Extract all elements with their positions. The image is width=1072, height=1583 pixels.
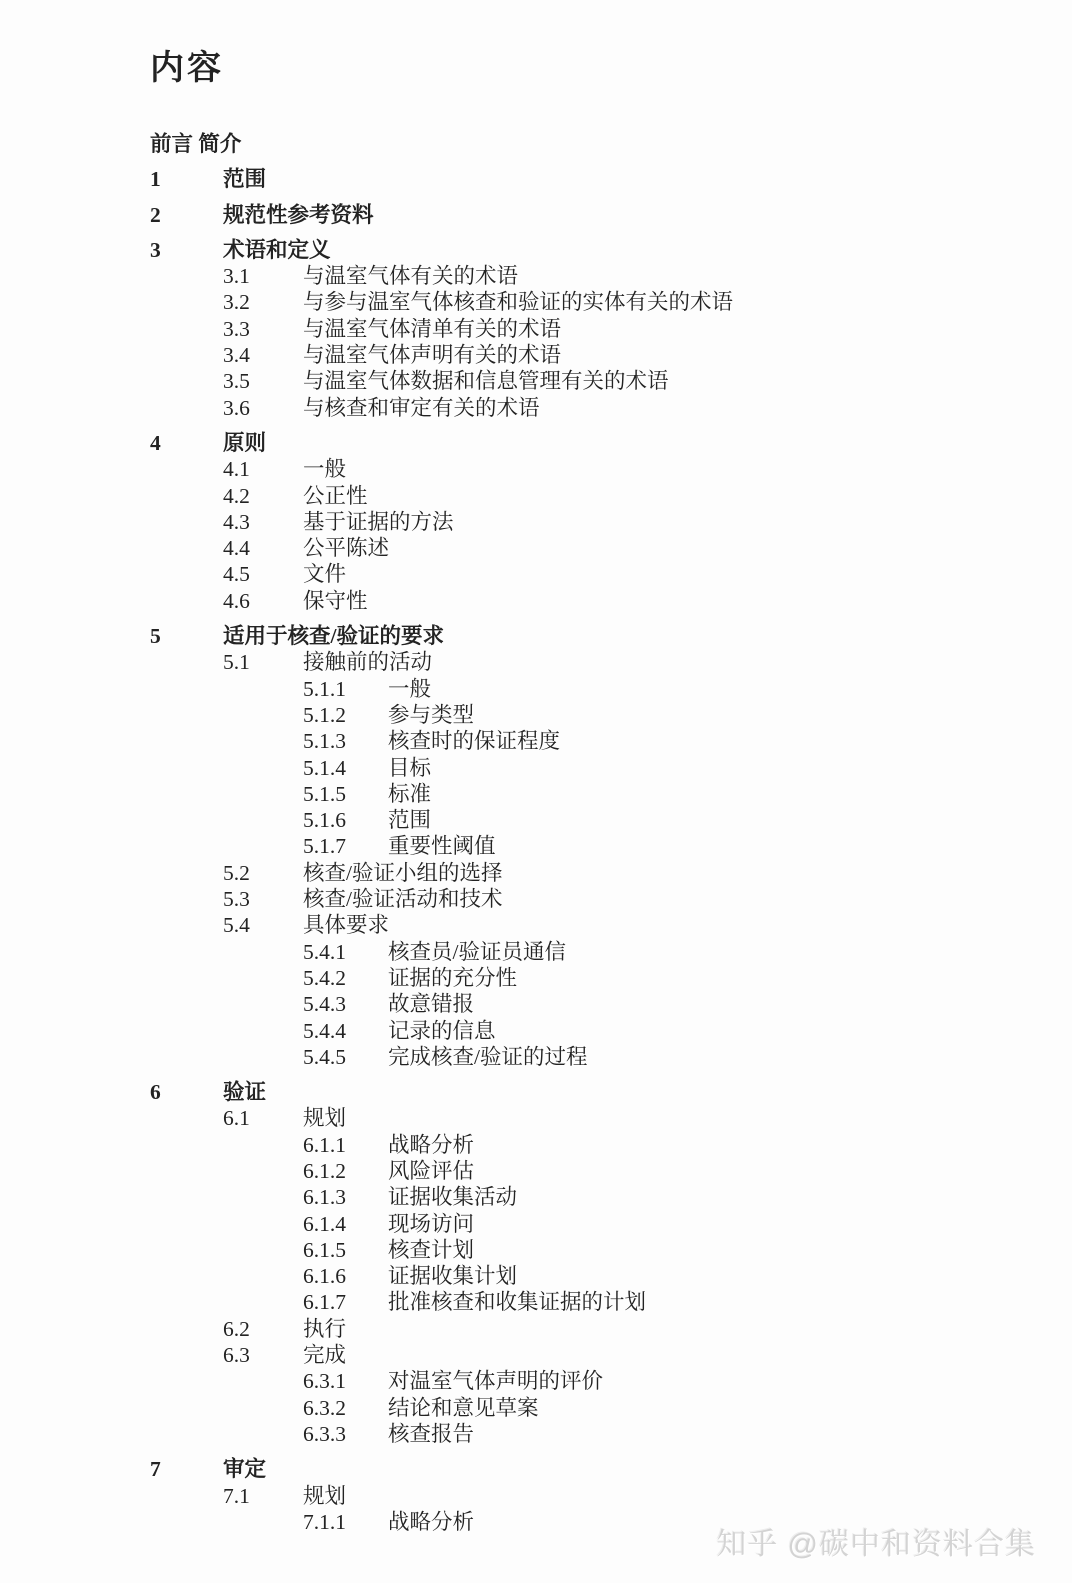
- toc-entry-title: 现场访问: [388, 1211, 474, 1237]
- toc-entry-title: 与核查和审定有关的术语: [303, 395, 540, 421]
- toc-row: 3.6 与核查和审定有关的术语: [150, 395, 1036, 421]
- toc-entry-title: 完成核查/验证的过程: [388, 1044, 587, 1070]
- toc-row: 4.1 一般: [150, 456, 1036, 482]
- toc-entry-number: 6.3.1: [303, 1368, 388, 1394]
- toc-entry-title: 证据的充分性: [388, 965, 517, 991]
- toc-row: 6.1.7 批准核查和收集证据的计划: [150, 1289, 1036, 1315]
- toc-entry-number: 4.4: [223, 535, 303, 561]
- toc-entry-title: 规范性参考资料: [223, 202, 374, 228]
- toc-entry-number: 1: [150, 166, 223, 192]
- toc-row: 5.1.3 核查时的保证程度: [150, 728, 1036, 754]
- toc-row: 5.1.7 重要性阈值: [150, 833, 1036, 859]
- toc-row: 6.1.5 核查计划: [150, 1237, 1036, 1263]
- toc-row: 5.1.4 目标: [150, 755, 1036, 781]
- toc-entry-number: 7: [150, 1456, 223, 1482]
- toc-entry-number: 6.1.2: [303, 1158, 388, 1184]
- toc-entry-number: 5.4.2: [303, 965, 388, 991]
- toc-entry-title: 核查员/验证员通信: [388, 939, 566, 965]
- page-title: 内容: [150, 40, 1036, 89]
- toc-entry-number: 5.1.1: [303, 676, 388, 702]
- toc-entry-title: 与温室气体声明有关的术语: [303, 342, 561, 368]
- toc-row: 6.3.3 核查报告: [150, 1421, 1036, 1447]
- toc-entry-title: 具体要求: [303, 912, 389, 938]
- toc-entry-number: 6.1.6: [303, 1263, 388, 1289]
- toc-entry-number: 6.1.3: [303, 1184, 388, 1210]
- toc-entry-number: 5.1.7: [303, 833, 388, 859]
- toc-row: 5 适用于核查/验证的要求: [150, 623, 1036, 649]
- toc-row: 3.3 与温室气体清单有关的术语: [150, 316, 1036, 342]
- toc-entry-number: 5.4.4: [303, 1018, 388, 1044]
- toc-entry-title: 核查报告: [388, 1421, 474, 1447]
- toc-entry-title: 对温室气体声明的评价: [388, 1368, 603, 1394]
- toc-entry-number: 3.5: [223, 368, 303, 394]
- toc-row: 3 术语和定义: [150, 237, 1036, 263]
- toc-row: 5.2 核查/验证小组的选择: [150, 860, 1036, 886]
- toc-entry-number: 6.1: [223, 1105, 303, 1131]
- toc-entry-title: 完成: [303, 1342, 346, 1368]
- toc-entry-number: 6.1.7: [303, 1289, 388, 1315]
- toc-entry-title: 战略分析: [388, 1132, 474, 1158]
- toc-row: 6.3.2 结论和意见草案: [150, 1395, 1036, 1421]
- toc-entry-number: 6.2: [223, 1316, 303, 1342]
- toc-entry-title: 与温室气体清单有关的术语: [303, 316, 561, 342]
- toc-row: 1 范围: [150, 166, 1036, 192]
- toc-entry-title: 与温室气体有关的术语: [303, 263, 518, 289]
- toc-entry-number: 6.3.2: [303, 1395, 388, 1421]
- toc-entry-title: 证据收集计划: [388, 1263, 517, 1289]
- toc-entry-title: 规划: [303, 1105, 346, 1131]
- toc-entry-number: 5.2: [223, 860, 303, 886]
- toc-row: 3.5 与温室气体数据和信息管理有关的术语: [150, 368, 1036, 394]
- toc-entry-title: 批准核查和收集证据的计划: [388, 1289, 646, 1315]
- toc-entry-number: 3.4: [223, 342, 303, 368]
- toc-entry-number: 3.2: [223, 289, 303, 315]
- toc-entry-number: 6.1.1: [303, 1132, 388, 1158]
- toc-entry-number: 5.1.2: [303, 702, 388, 728]
- toc-row: 5.1.1 一般: [150, 676, 1036, 702]
- toc-entry-title: 核查/验证小组的选择: [303, 860, 502, 886]
- toc-row: 5.4.2 证据的充分性: [150, 965, 1036, 991]
- watermark-text: 知乎 @碳中和资料合集: [716, 1528, 1036, 1561]
- toc-entry-title: 结论和意见草案: [388, 1395, 539, 1421]
- toc-entry-number: 5.4: [223, 912, 303, 938]
- toc-entry-number: 5.4.3: [303, 991, 388, 1017]
- toc-row: 5.4.4 记录的信息: [150, 1018, 1036, 1044]
- document-page: 内容 前言 简介 1 范围 2 规范性参考资料 3 术语和定义 3.1 与温室气…: [0, 0, 1072, 1583]
- toc-row: 4 原则: [150, 430, 1036, 456]
- toc-entry-number: 5.1.5: [303, 781, 388, 807]
- toc-row: 6.1.3 证据收集活动: [150, 1184, 1036, 1210]
- toc-row: 6.3 完成: [150, 1342, 1036, 1368]
- toc-row: 4.4 公平陈述: [150, 535, 1036, 561]
- toc-row: 6.1.4 现场访问: [150, 1211, 1036, 1237]
- toc-entry-number: 5.3: [223, 886, 303, 912]
- toc-row: 5.1.5 标准: [150, 781, 1036, 807]
- table-of-contents: 前言 简介 1 范围 2 规范性参考资料 3 术语和定义 3.1 与温室气体有关…: [150, 131, 1036, 1535]
- toc-entry-number: 7.1.1: [303, 1509, 388, 1535]
- toc-row: 5.4.5 完成核查/验证的过程: [150, 1044, 1036, 1070]
- toc-entry-title: 公正性: [303, 483, 368, 509]
- toc-entry-title: 规划: [303, 1483, 346, 1509]
- toc-row: 6.1.6 证据收集计划: [150, 1263, 1036, 1289]
- toc-row: 5.3 核查/验证活动和技术: [150, 886, 1036, 912]
- toc-entry-number: 3.1: [223, 263, 303, 289]
- toc-entry-number: 6.3: [223, 1342, 303, 1368]
- toc-entry-number: 前言 简介: [150, 131, 241, 157]
- toc-entry-title: 适用于核查/验证的要求: [223, 623, 444, 649]
- toc-entry-title: 标准: [388, 781, 431, 807]
- toc-entry-number: 7.1: [223, 1483, 303, 1509]
- toc-entry-title: 参与类型: [388, 702, 474, 728]
- toc-entry-title: 重要性阈值: [388, 833, 496, 859]
- toc-row: 6.1.1 战略分析: [150, 1132, 1036, 1158]
- toc-entry-title: 范围: [388, 807, 431, 833]
- toc-entry-number: 6.3.3: [303, 1421, 388, 1447]
- toc-entry-number: 5.1.4: [303, 755, 388, 781]
- toc-row: 4.3 基于证据的方法: [150, 509, 1036, 535]
- toc-entry-title: 与温室气体数据和信息管理有关的术语: [303, 368, 669, 394]
- toc-row: 6.2 执行: [150, 1316, 1036, 1342]
- toc-entry-title: 风险评估: [388, 1158, 474, 1184]
- toc-entry-number: 3: [150, 237, 223, 263]
- toc-entry-title: 目标: [388, 755, 431, 781]
- toc-entry-number: 5.4.1: [303, 939, 388, 965]
- toc-entry-number: 4.5: [223, 561, 303, 587]
- toc-entry-number: 5.1.6: [303, 807, 388, 833]
- toc-entry-number: 6: [150, 1079, 223, 1105]
- toc-row: 6.1.2 风险评估: [150, 1158, 1036, 1184]
- watermark: 知乎 @碳中和资料合集: [716, 1519, 1036, 1563]
- toc-entry-number: 5: [150, 623, 223, 649]
- toc-row: 2 规范性参考资料: [150, 202, 1036, 228]
- toc-entry-title: 验证: [223, 1079, 266, 1105]
- toc-entry-title: 接触前的活动: [303, 649, 432, 675]
- toc-row: 5.4.1 核查员/验证员通信: [150, 939, 1036, 965]
- toc-entry-title: 记录的信息: [388, 1018, 496, 1044]
- toc-entry-title: 证据收集活动: [388, 1184, 517, 1210]
- toc-row: 6 验证: [150, 1079, 1036, 1105]
- toc-entry-number: 5.1.3: [303, 728, 388, 754]
- toc-entry-number: 6.1.5: [303, 1237, 388, 1263]
- toc-row: 5.4 具体要求: [150, 912, 1036, 938]
- toc-row: 4.2 公正性: [150, 483, 1036, 509]
- toc-entry-number: 4.6: [223, 588, 303, 614]
- toc-entry-number: 4.2: [223, 483, 303, 509]
- toc-entry-title: 故意错报: [388, 991, 474, 1017]
- toc-entry-title: 公平陈述: [303, 535, 389, 561]
- toc-entry-title: 核查时的保证程度: [388, 728, 560, 754]
- toc-entry-title: 术语和定义: [223, 237, 331, 263]
- toc-row: 3.4 与温室气体声明有关的术语: [150, 342, 1036, 368]
- toc-row: 3.1 与温室气体有关的术语: [150, 263, 1036, 289]
- toc-entry-title: 保守性: [303, 588, 368, 614]
- toc-entry-title: 一般: [388, 676, 431, 702]
- toc-entry-number: 4.1: [223, 456, 303, 482]
- toc-row: 5.4.3 故意错报: [150, 991, 1036, 1017]
- toc-row: 7.1 规划: [150, 1483, 1036, 1509]
- toc-row: 6.3.1 对温室气体声明的评价: [150, 1368, 1036, 1394]
- toc-entry-number: 5.4.5: [303, 1044, 388, 1070]
- toc-entry-title: 文件: [303, 561, 346, 587]
- toc-entry-number: 6.1.4: [303, 1211, 388, 1237]
- toc-row: 7 审定: [150, 1456, 1036, 1482]
- toc-entry-number: 4: [150, 430, 223, 456]
- toc-entry-title: 执行: [303, 1316, 346, 1342]
- toc-entry-title: 与参与温室气体核查和验证的实体有关的术语: [303, 289, 733, 315]
- toc-entry-title: 审定: [223, 1456, 266, 1482]
- toc-entry-title: 原则: [223, 430, 266, 456]
- toc-entry-number: 3.3: [223, 316, 303, 342]
- toc-row: 5.1.6 范围: [150, 807, 1036, 833]
- toc-entry-number: 3.6: [223, 395, 303, 421]
- toc-entry-title: 一般: [303, 456, 346, 482]
- toc-entry-number: 5.1: [223, 649, 303, 675]
- toc-row: 4.5 文件: [150, 561, 1036, 587]
- toc-row: 6.1 规划: [150, 1105, 1036, 1131]
- toc-row: 5.1 接触前的活动: [150, 649, 1036, 675]
- toc-row: 4.6 保守性: [150, 588, 1036, 614]
- toc-row: 前言 简介: [150, 131, 1036, 157]
- toc-entry-number: 2: [150, 202, 223, 228]
- toc-entry-title: 战略分析: [388, 1509, 474, 1535]
- toc-row: 5.1.2 参与类型: [150, 702, 1036, 728]
- toc-entry-title: 核查计划: [388, 1237, 474, 1263]
- toc-entry-title: 基于证据的方法: [303, 509, 454, 535]
- toc-entry-title: 核查/验证活动和技术: [303, 886, 502, 912]
- toc-entry-number: 4.3: [223, 509, 303, 535]
- toc-row: 3.2 与参与温室气体核查和验证的实体有关的术语: [150, 289, 1036, 315]
- toc-entry-title: 范围: [223, 166, 266, 192]
